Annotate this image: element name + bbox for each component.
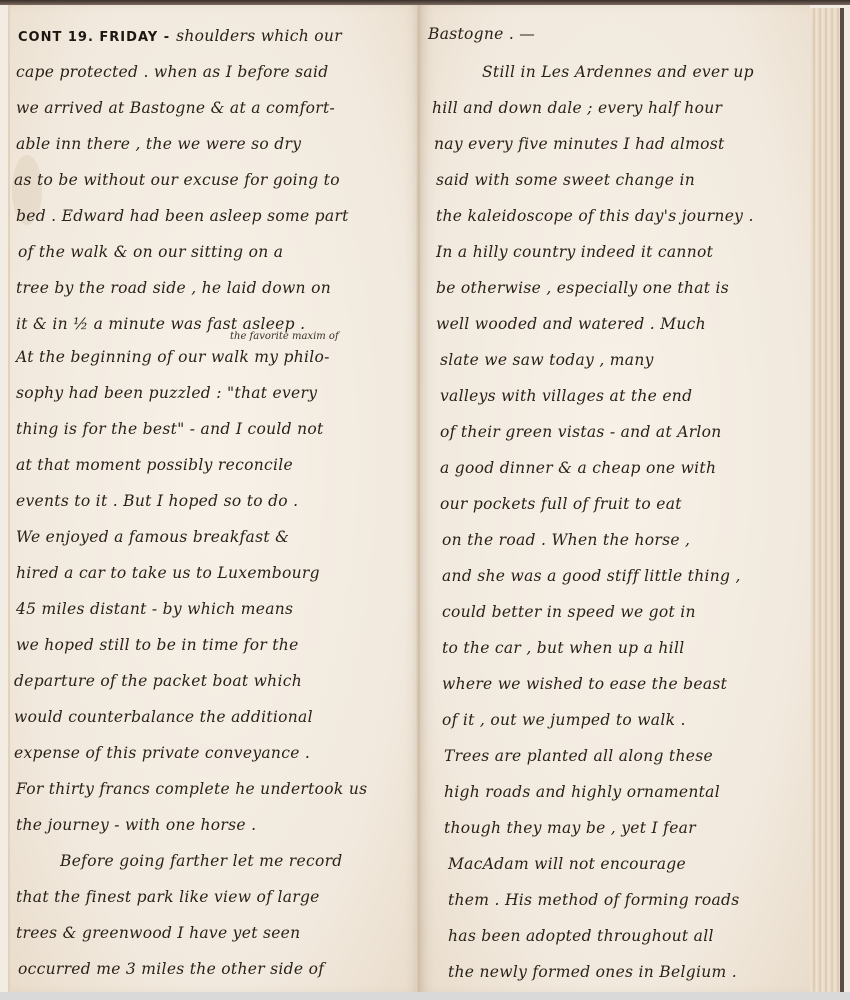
right-line-23: though they may be , yet I fear (444, 819, 696, 837)
right-line-10: slate we saw today , many (440, 351, 654, 369)
left-line-17: 45 miles distant - by which means (16, 600, 293, 618)
right-line-2: Still in Les Ardennes and ever up (482, 63, 754, 81)
right-line-24: MacAdam will not encourage (448, 855, 686, 873)
left-line-7: of the walk & on our sitting on a (18, 243, 283, 261)
right-line-5: said with some sweet change in (436, 171, 695, 189)
left-line-2: cape protected . when as I before said (16, 63, 328, 81)
right-line-12: of their green vistas - and at Arlon (440, 423, 722, 441)
left-line-16: hired a car to take us to Luxembourg (16, 564, 320, 582)
left-line-27: occurred me 3 miles the other side of (18, 960, 324, 978)
right-line-18: to the car , but when up a hill (442, 639, 684, 657)
entry-heading: CONT 19. FRIDAY - (18, 30, 170, 45)
right-line-19: where we wished to ease the beast (442, 675, 727, 693)
right-line-11: valleys with villages at the end (440, 387, 692, 405)
right-line-21: Trees are planted all along these (444, 747, 713, 765)
right-line-4: nay every five minutes I had almost (434, 135, 725, 153)
left-line-14: events to it . But I hoped so to do . (16, 492, 298, 510)
right-line-17: could better in speed we got in (442, 603, 696, 621)
left-line-1: CONT 19. FRIDAY -shoulders which our (18, 27, 342, 45)
left-line-8: tree by the road side , he laid down on (16, 279, 331, 297)
right-line-1: Bastogne . — (428, 25, 535, 43)
left-line-10: At the beginning of our walk my philo- (16, 348, 330, 366)
left-line-4: able inn there , the we were so dry (16, 135, 301, 153)
right-line-26: has been adopted throughout all (448, 927, 714, 945)
left-line-24: Before going farther let me record (60, 852, 343, 870)
left-line-25: that the finest park like view of large (16, 888, 320, 906)
left-line-15: We enjoyed a famous breakfast & (16, 528, 289, 546)
interlinear-note: the favorite maxim of (230, 331, 339, 342)
right-line-15: on the road . When the horse , (442, 531, 690, 549)
right-line-8: be otherwise , especially one that is (436, 279, 729, 297)
right-line-14: our pockets full of fruit to eat (440, 495, 682, 513)
left-line-23: the journey - with one horse . (16, 816, 256, 834)
right-line-7: In a hilly country indeed it cannot (436, 243, 713, 261)
left-line-19: departure of the packet boat which (14, 672, 302, 690)
left-line-3: we arrived at Bastogne & at a comfort- (16, 99, 335, 117)
right-line-25: them . His method of forming roads (448, 891, 740, 909)
right-line-16: and she was a good stiff little thing , (442, 567, 741, 585)
left-line-12: thing is for the best" - and I could not (16, 420, 324, 438)
left-line-26: trees & greenwood I have yet seen (16, 924, 300, 942)
left-line-21: expense of this private conveyance . (14, 744, 310, 762)
right-line-27: the newly formed ones in Belgium . (448, 963, 737, 981)
right-line-20: of it , out we jumped to walk . (442, 711, 686, 729)
right-page: Bastogne . — Still in Les Ardennes and e… (420, 5, 810, 993)
left-page: CONT 19. FRIDAY -shoulders which our cap… (8, 5, 420, 993)
left-line-5: as to be without our excuse for going to (14, 171, 340, 189)
right-line-22: high roads and highly ornamental (444, 783, 720, 801)
right-line-3: hill and down dale ; every half hour (432, 99, 722, 117)
left-line-22: For thirty francs complete he undertook … (16, 780, 367, 798)
background-surface (0, 992, 850, 1000)
journal-spread: CONT 19. FRIDAY -shoulders which our cap… (0, 0, 850, 1000)
line-text: shoulders which our (176, 27, 342, 45)
left-line-18: we hoped still to be in time for the (16, 636, 299, 654)
right-line-9: well wooded and watered . Much (436, 315, 706, 333)
left-line-6: bed . Edward had been asleep some part (16, 207, 349, 225)
right-line-13: a good dinner & a cheap one with (440, 459, 716, 477)
page-stack-edge (810, 8, 844, 993)
left-line-13: at that moment possibly reconcile (16, 456, 293, 474)
right-line-6: the kaleidoscope of this day's journey . (436, 207, 754, 225)
left-line-11: sophy had been puzzled : "that every (16, 384, 317, 402)
left-line-20: would counterbalance the additional (14, 708, 313, 726)
